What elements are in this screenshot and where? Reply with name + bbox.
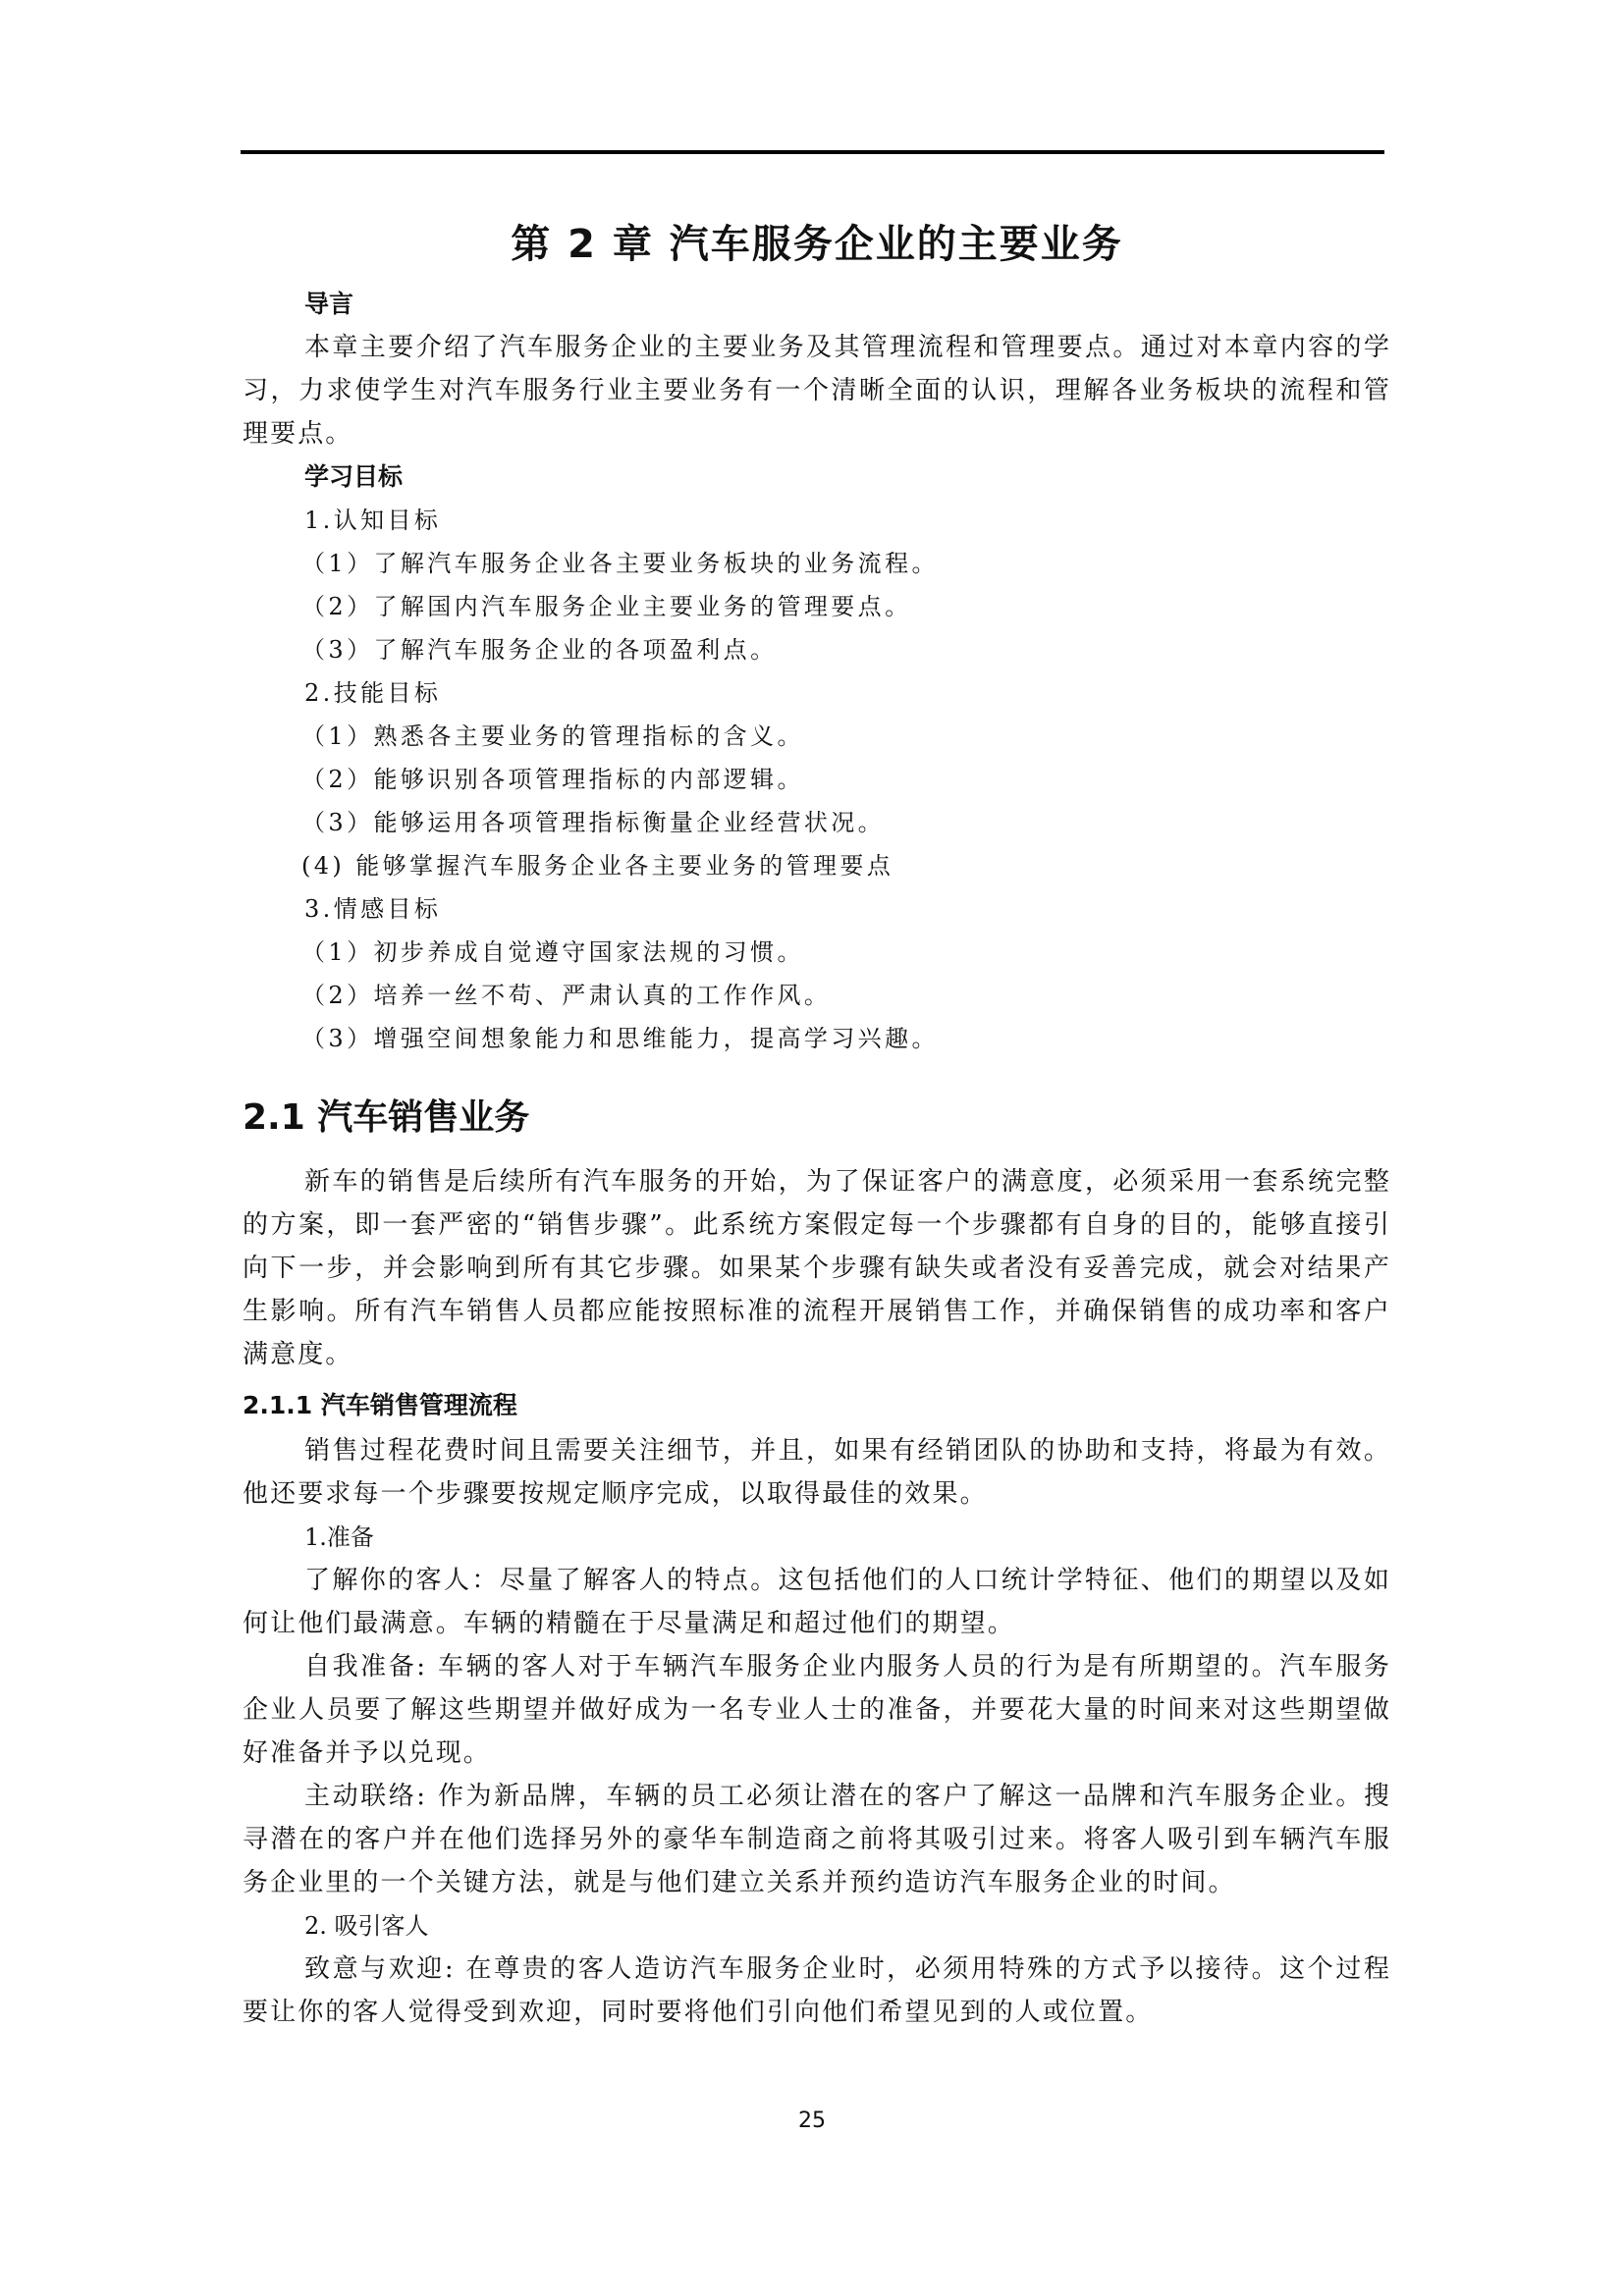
- step-paragraph: 主动联络: 作为新品牌，车辆的员工必须让潜在的客户了解这一品牌和汽车服务企业。搜…: [243, 1775, 1391, 1904]
- objective-group-title: 2.技能目标: [243, 671, 1391, 715]
- objective-group-skill: 2.技能目标 （1）熟悉各主要业务的管理指标的含义。 （2）能够识别各项管理指标…: [243, 671, 1391, 887]
- objective-item: （3）增强空间想象能力和思维能力，提高学习兴趣。: [243, 1017, 1391, 1060]
- subsection-paragraph: 销售过程花费时间且需要关注细节，并且，如果有经销团队的协助和支持，将最为有效。他…: [243, 1429, 1391, 1516]
- intro-heading: 导言: [243, 283, 1391, 326]
- step-paragraph: 了解你的客人：尽量了解客人的特点。这包括他们的人口统计学特征、他们的期望以及如何…: [243, 1559, 1391, 1645]
- page-number: 25: [0, 2109, 1624, 2133]
- objective-item: (4) 能够掌握汽车服务企业各主要业务的管理要点: [243, 844, 1391, 887]
- chapter-title: 第 2 章 汽车服务企业的主要业务: [243, 206, 1391, 283]
- objective-group-emotional: 3.情感目标 （1）初步养成自觉遵守国家法规的习惯。 （2）培养一丝不苟、严肃认…: [243, 887, 1391, 1060]
- objective-item: （3）能够运用各项管理指标衡量企业经营状况。: [243, 801, 1391, 844]
- step-paragraph: 自我准备: 车辆的客人对于车辆汽车服务企业内服务人员的行为是有所期望的。汽车服务…: [243, 1645, 1391, 1775]
- step-title: 2. 吸引客人: [243, 1904, 1391, 1948]
- header-rule: [241, 150, 1384, 154]
- objective-item: （1）初步养成自觉遵守国家法规的习惯。: [243, 931, 1391, 974]
- objective-item: （2）培养一丝不苟、严肃认真的工作作风。: [243, 974, 1391, 1017]
- objective-item: （3）了解汽车服务企业的各项盈利点。: [243, 628, 1391, 671]
- objective-item: （1）了解汽车服务企业各主要业务板块的业务流程。: [243, 542, 1391, 585]
- objective-item: （2）能够识别各项管理指标的内部逻辑。: [243, 758, 1391, 801]
- objective-item: （1）熟悉各主要业务的管理指标的含义。: [243, 715, 1391, 758]
- step-paragraph: 致意与欢迎: 在尊贵的客人造访汽车服务企业时，必须用特殊的方式予以接待。这个过程…: [243, 1948, 1391, 2034]
- objectives-heading: 学习目标: [243, 455, 1391, 499]
- objective-group-title: 3.情感目标: [243, 887, 1391, 931]
- objective-item: （2）了解国内汽车服务企业主要业务的管理要点。: [243, 585, 1391, 628]
- subsection-title: 2.1.1 汽车销售管理流程: [243, 1382, 1391, 1429]
- objective-group-cognitive: 1.认知目标 （1）了解汽车服务企业各主要业务板块的业务流程。 （2）了解国内汽…: [243, 499, 1391, 671]
- objective-group-title: 1.认知目标: [243, 499, 1391, 542]
- step-title: 1.准备: [243, 1516, 1391, 1559]
- section-paragraph: 新车的销售是后续所有汽车服务的开始，为了保证客户的满意度，必须采用一套系统完整的…: [243, 1160, 1391, 1376]
- section-title: 2.1 汽车销售业务: [243, 1084, 1391, 1152]
- intro-paragraph: 本章主要介绍了汽车服务企业的主要业务及其管理流程和管理要点。通过对本章内容的学习…: [243, 326, 1391, 455]
- page-content: 第 2 章 汽车服务企业的主要业务 导言 本章主要介绍了汽车服务企业的主要业务及…: [243, 196, 1391, 2034]
